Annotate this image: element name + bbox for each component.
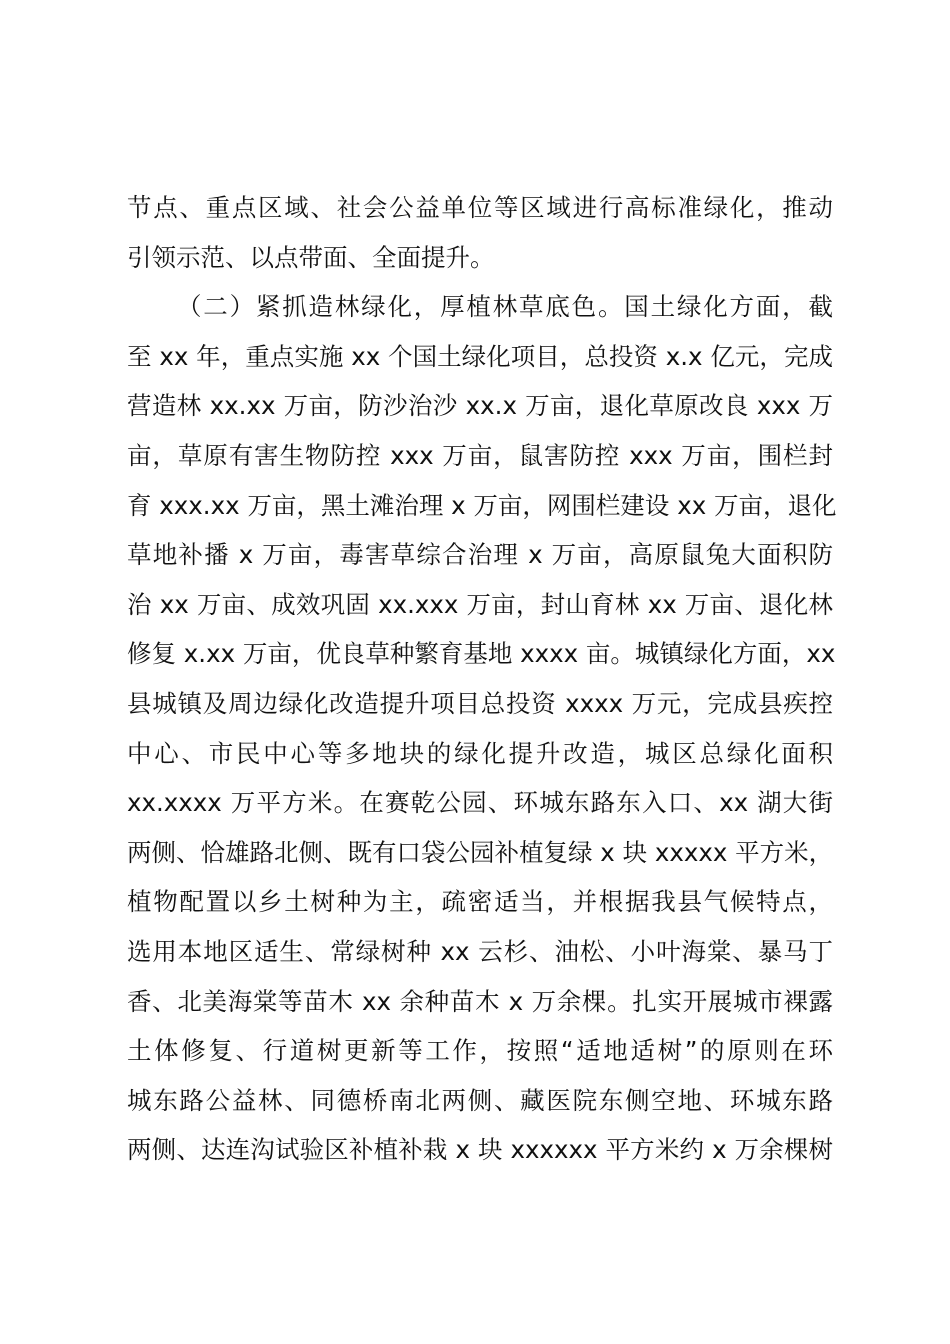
text-line: 节点、重点区域、社会公益单位等区域进行高标准绿化，推动 — [127, 183, 833, 233]
text-line: 土体修复、行道树更新等工作，按照“适地适树”的原则在环 — [127, 1026, 833, 1076]
text-line: 修复 x.xx 万亩，优良草种繁育基地 xxxx 亩。城镇绿化方面，xx — [127, 629, 833, 679]
text-line — [127, 1175, 833, 1225]
text-line — [127, 1224, 833, 1274]
text-line: 草地补播 x 万亩，毒害草综合治理 x 万亩，高原鼠兔大面积防 — [127, 530, 833, 580]
text-line: xx.xxxx 万平方米。在赛乾公园、环城东路东入口、xx 湖大街 — [127, 778, 833, 828]
text-line: 县城镇及周边绿化改造提升项目总投资 xxxx 万元，完成县疾控 — [127, 679, 833, 729]
text-line: 育 xxx.xx 万亩，黑土滩治理 x 万亩，网围栏建设 xx 万亩，退化 — [127, 481, 833, 531]
text-line: 至 xx 年，重点实施 xx 个国土绿化项目，总投资 x.x 亿元，完成 — [127, 332, 833, 382]
document-page: 节点、重点区域、社会公益单位等区域进行高标准绿化，推动 引领示范、以点带面、全面… — [127, 183, 833, 1274]
text-line: 治 xx 万亩、成效巩固 xx.xxx 万亩，封山育林 xx 万亩、退化林 — [127, 580, 833, 630]
text-line: 两侧、达连沟试验区补植补栽 x 块 xxxxxx 平方米约 x 万余棵树 — [127, 1125, 833, 1175]
text-line: 营造林 xx.xx 万亩，防沙治沙 xx.x 万亩，退化草原改良 xxx 万 — [127, 381, 833, 431]
text-line: 选用本地区适生、常绿树种 xx 云杉、油松、小叶海棠、暴马丁 — [127, 927, 833, 977]
text-line: 香、北美海棠等苗木 xx 余种苗木 x 万余棵。扎实开展城市裸露 — [127, 977, 833, 1027]
text-line: 亩，草原有害生物防控 xxx 万亩，鼠害防控 xxx 万亩，围栏封 — [127, 431, 833, 481]
text-line: 植物配置以乡土树种为主，疏密适当，并根据我县气候特点， — [127, 877, 833, 927]
text-line: 两侧、恰雄路北侧、既有口袋公园补植复绿 x 块 xxxxx 平方米， — [127, 828, 833, 878]
text-line: 引领示范、以点带面、全面提升。 — [127, 233, 833, 283]
section-heading-line: （二）紧抓造林绿化，厚植林草底色。国土绿化方面，截 — [127, 282, 833, 332]
text-line: 中心、市民中心等多地块的绿化提升改造，城区总绿化面积 — [127, 729, 833, 779]
text-line: 城东路公益林、同德桥南北两侧、藏医院东侧空地、环城东路 — [127, 1076, 833, 1126]
